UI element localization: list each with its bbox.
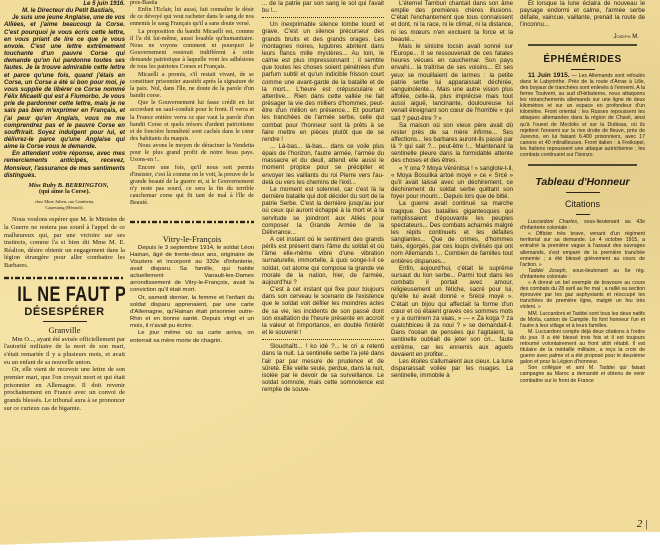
story-paragraph: Le jour même où sa carte arriva, on ente… bbox=[130, 330, 254, 344]
divider bbox=[43, 321, 87, 322]
citation-text: « Officier très brave, venant d'un régim… bbox=[520, 231, 645, 268]
citation-name: Taddei Joseph, bbox=[528, 268, 567, 274]
column-1: Le 5 juin 1916. M. le Directeur du Petit… bbox=[4, 0, 125, 413]
letter-salutation: M. le Directeur du Petit Bastiais, bbox=[4, 7, 125, 14]
article-paragraph: Enfin l'Eclair, lui aussi, fait connaîtr… bbox=[130, 7, 254, 28]
article-paragraph: L'éternel Tamburi chantait dans son âme … bbox=[391, 0, 513, 43]
headline-main: IL NE FAUT PAS bbox=[17, 284, 111, 306]
page-mark: 2 | bbox=[637, 518, 648, 530]
letter-date: Le 5 juin 1916. bbox=[4, 0, 125, 7]
column-2: pres-Bastia Enfin l'Eclair, lui aussi, f… bbox=[130, 0, 254, 345]
dateline-place: Granville bbox=[4, 325, 125, 336]
letter-closing: En attendant votre réponse, avec mes rem… bbox=[4, 150, 125, 179]
divider bbox=[576, 214, 590, 215]
column-4: L'éternel Tamburi chantait dans son âme … bbox=[391, 0, 513, 379]
signature-note: (qui aime la Corse). bbox=[4, 189, 125, 196]
article-paragraph: Les étoiles s'allumaient aux cieux. La l… bbox=[391, 358, 513, 379]
ornamental-rule bbox=[130, 220, 254, 222]
ephemerides-heading: ÉPHÉMÉRIDES bbox=[520, 54, 645, 66]
article-paragraph: « Y ona ? Moya Vérénitsa ! » sanglote-t-… bbox=[391, 165, 513, 201]
dateline-place: Vitry-le-François bbox=[130, 234, 254, 245]
article-paragraph: Que le Gouvernement lui fasse crédit en … bbox=[130, 100, 254, 143]
article-paragraph: Encore une fois, qu'il nous soit permis … bbox=[130, 165, 254, 208]
article-paragraph: La guerre avait continué sa marche tragi… bbox=[391, 200, 513, 264]
column-5: Et lorsque la lune éclaira de nouveau le… bbox=[520, 0, 645, 384]
divider bbox=[528, 44, 637, 46]
continued-fragment: ... de la patrie par son sang le sol qui… bbox=[262, 0, 384, 14]
article-paragraph: Son collègue et ami M. Taddei qui faisai… bbox=[520, 365, 645, 383]
story-paragraph: Depuis le 3 septembre 1914, le soldat Lé… bbox=[130, 245, 254, 295]
citations-heading: Citations bbox=[520, 199, 645, 210]
article-paragraph: M. Luccardoni compte déjà deux citations… bbox=[520, 329, 645, 366]
column-3: ... de la patrie par son sang le sol qui… bbox=[262, 0, 384, 393]
dotted-divider bbox=[262, 17, 384, 18]
newspaper-page: Le 5 juin 1916. M. le Directeur du Petit… bbox=[0, 0, 660, 538]
letter-body: Je suis une jeune Anglaise, une de vos A… bbox=[4, 14, 125, 150]
citation-text: « A donné un bel exemple de bravoure au … bbox=[520, 280, 645, 310]
address-line-2: Capestang (Hérault). bbox=[4, 205, 125, 211]
story-paragraph: Or, samedi dernier, la femme et l'enfant… bbox=[130, 295, 254, 331]
headline-sub: DÉSESPÉRER bbox=[4, 306, 125, 318]
article-paragraph: Nous avons le moyen de déraciner la Vend… bbox=[130, 143, 254, 164]
ephemerides-date: 11 Juin 1915. bbox=[528, 72, 570, 79]
citation-name: Luccardoni Charles, bbox=[528, 219, 578, 225]
article-paragraph: A cet instant où le sentiment des grands… bbox=[262, 236, 384, 286]
divider bbox=[566, 192, 600, 193]
editorial-comment: Nous voulons espérer que M. le Ministre … bbox=[4, 216, 125, 269]
story-paragraph: Or, elle vient de recevoir une lettre de… bbox=[4, 366, 125, 412]
ornamental-rule bbox=[4, 276, 125, 278]
article-paragraph: MM. Luccardoni et Taddei sont tous les d… bbox=[520, 311, 645, 329]
article-paragraph: Enfin, aujourd'hui, c'était le suprême s… bbox=[391, 265, 513, 358]
honor-roll-heading: Tableau d'Honneur bbox=[520, 176, 645, 189]
divider bbox=[528, 164, 637, 166]
divider bbox=[571, 69, 595, 70]
article-paragraph: La proposition du bandit Micaelli est, c… bbox=[130, 29, 254, 72]
article-paragraph: Le moment est solennel, car c'est là la … bbox=[262, 186, 384, 236]
article-paragraph: Un inexprimable silence tombe lourd et g… bbox=[262, 21, 384, 143]
letter-signature: Miss Ruby B. BERRINGTON, bbox=[4, 182, 125, 189]
ephemerides-text: — Les Allemands sont refoulés dans le La… bbox=[520, 73, 645, 158]
article-paragraph: Mais le sinistre tocsin avait sonné sur … bbox=[391, 43, 513, 122]
article-paragraph: Micaelli a promis, s'il restait vivant, … bbox=[130, 72, 254, 101]
article-paragraph: ... Là-bas... là-bas... dans ce voile pl… bbox=[262, 143, 384, 186]
story-paragraph: Mm O..., ayant été avisée officiellement… bbox=[4, 336, 125, 367]
torn-edge bbox=[0, 532, 660, 551]
dotted-divider bbox=[262, 339, 384, 340]
byline: Joseph M. bbox=[520, 33, 639, 40]
article-paragraph: Sa maison où son vieux père avait dû res… bbox=[391, 122, 513, 165]
article-paragraph: Slouchaïtt... ! ko idé ?... le cri a ret… bbox=[262, 343, 384, 393]
article-paragraph: C'est à cet instant qui fixe pour toujou… bbox=[262, 286, 384, 336]
article-paragraph: Et lorsque la lune éclaira de nouveau le… bbox=[520, 0, 645, 29]
